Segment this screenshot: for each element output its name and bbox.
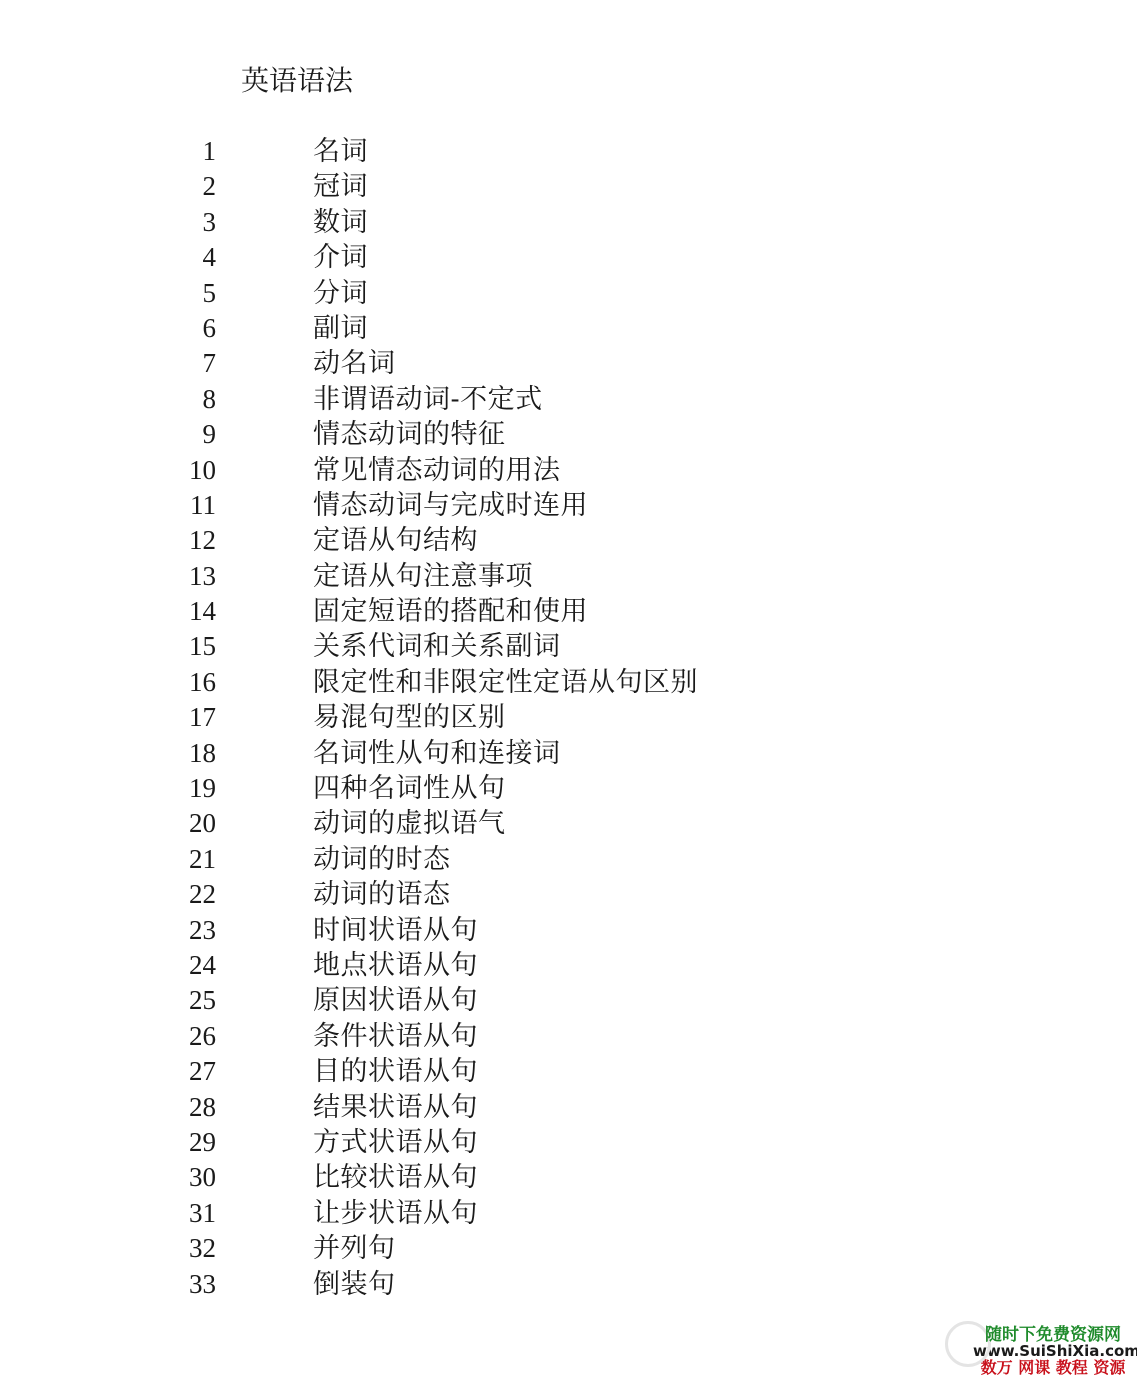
toc-item-text: 目的状语从句 — [313, 1054, 478, 1089]
toc-item: 5分词 — [180, 276, 880, 311]
toc-item-text: 动词的虚拟语气 — [313, 806, 506, 841]
toc-item-number: 26 — [180, 1019, 216, 1054]
toc-item-text: 四种名词性从句 — [313, 771, 506, 806]
toc-item-number: 20 — [180, 806, 216, 841]
toc-item-number: 19 — [180, 771, 216, 806]
toc-item: 28结果状语从句 — [180, 1090, 880, 1125]
toc-item: 32并列句 — [180, 1231, 880, 1266]
toc-item-number: 13 — [180, 559, 216, 594]
toc-item: 14固定短语的搭配和使用 — [180, 594, 880, 629]
toc-item-text: 比较状语从句 — [313, 1160, 478, 1195]
toc-item-number: 6 — [180, 311, 216, 346]
toc-item-text: 条件状语从句 — [313, 1019, 478, 1054]
toc-item-text: 动词的语态 — [313, 877, 451, 912]
toc-item: 11情态动词与完成时连用 — [180, 488, 880, 523]
toc-item-text: 方式状语从句 — [313, 1125, 478, 1160]
toc-item-text: 倒装句 — [313, 1267, 396, 1302]
toc-item: 29方式状语从句 — [180, 1125, 880, 1160]
toc-item-number: 30 — [180, 1160, 216, 1195]
toc-item: 17易混句型的区别 — [180, 700, 880, 735]
toc-item: 19四种名词性从句 — [180, 771, 880, 806]
toc-item-number: 4 — [180, 240, 216, 275]
toc-item: 33倒装句 — [180, 1267, 880, 1302]
toc-item-number: 18 — [180, 736, 216, 771]
toc-item-text: 原因状语从句 — [313, 983, 478, 1018]
toc-item-number: 1 — [180, 134, 216, 169]
toc-item: 30比较状语从句 — [180, 1160, 880, 1195]
toc-item-number: 2 — [180, 169, 216, 204]
toc-item: 12定语从句结构 — [180, 523, 880, 558]
toc-item-number: 8 — [180, 382, 216, 417]
toc-item: 20动词的虚拟语气 — [180, 806, 880, 841]
toc-item-number: 14 — [180, 594, 216, 629]
table-of-contents: 1名词2冠词3数词4介词5分词6副词7动名词8非谓语动词-不定式9情态动词的特征… — [180, 134, 880, 1302]
toc-item-number: 33 — [180, 1267, 216, 1302]
toc-item: 1名词 — [180, 134, 880, 169]
toc-item: 21动词的时态 — [180, 842, 880, 877]
toc-item-number: 28 — [180, 1090, 216, 1125]
toc-item-number: 5 — [180, 276, 216, 311]
toc-item-number: 31 — [180, 1196, 216, 1231]
toc-item: 6副词 — [180, 311, 880, 346]
toc-item-number: 27 — [180, 1054, 216, 1089]
toc-item-text: 名词 — [313, 134, 368, 169]
toc-item-text: 时间状语从句 — [313, 913, 478, 948]
toc-item-text: 情态动词的特征 — [313, 417, 506, 452]
toc-item: 13定语从句注意事项 — [180, 559, 880, 594]
toc-item: 7动名词 — [180, 346, 880, 381]
toc-item: 22动词的语态 — [180, 877, 880, 912]
toc-item-text: 动词的时态 — [313, 842, 451, 877]
toc-item-number: 11 — [180, 488, 216, 523]
toc-item-text: 固定短语的搭配和使用 — [313, 594, 588, 629]
toc-item-number: 16 — [180, 665, 216, 700]
toc-item-text: 限定性和非限定性定语从句区别 — [313, 665, 698, 700]
watermark-tagline: 数万 网课 教程 资源 — [973, 1360, 1133, 1377]
toc-item-text: 易混句型的区别 — [313, 700, 506, 735]
toc-item-number: 9 — [180, 417, 216, 452]
toc-item-text: 并列句 — [313, 1231, 396, 1266]
toc-item-text: 让步状语从句 — [313, 1196, 478, 1231]
toc-item: 23时间状语从句 — [180, 913, 880, 948]
toc-item-text: 情态动词与完成时连用 — [313, 488, 588, 523]
toc-item: 4介词 — [180, 240, 880, 275]
toc-item-number: 21 — [180, 842, 216, 877]
toc-item-text: 冠词 — [313, 169, 368, 204]
toc-item: 18名词性从句和连接词 — [180, 736, 880, 771]
toc-item-text: 结果状语从句 — [313, 1090, 478, 1125]
toc-item-number: 15 — [180, 629, 216, 664]
toc-item-number: 29 — [180, 1125, 216, 1160]
toc-item-text: 地点状语从句 — [313, 948, 478, 983]
watermark: 随时下免费资源网 www.SuiShiXia.com 数万 网课 教程 资源 — [973, 1327, 1133, 1377]
toc-item-text: 名词性从句和连接词 — [313, 736, 561, 771]
toc-item: 16限定性和非限定性定语从句区别 — [180, 665, 880, 700]
toc-item: 27目的状语从句 — [180, 1054, 880, 1089]
toc-item-text: 常见情态动词的用法 — [313, 453, 561, 488]
toc-item-text: 关系代词和关系副词 — [313, 629, 561, 664]
toc-item-number: 3 — [180, 205, 216, 240]
document-title: 英语语法 — [241, 62, 353, 100]
toc-item: 31让步状语从句 — [180, 1196, 880, 1231]
toc-item: 10常见情态动词的用法 — [180, 453, 880, 488]
toc-item-number: 7 — [180, 346, 216, 381]
toc-item-number: 12 — [180, 523, 216, 558]
toc-item-number: 23 — [180, 913, 216, 948]
toc-item-number: 25 — [180, 983, 216, 1018]
toc-item-text: 分词 — [313, 276, 368, 311]
toc-item-number: 10 — [180, 453, 216, 488]
toc-item: 26条件状语从句 — [180, 1019, 880, 1054]
toc-item-number: 17 — [180, 700, 216, 735]
toc-item: 9情态动词的特征 — [180, 417, 880, 452]
toc-item-text: 动名词 — [313, 346, 396, 381]
toc-item-text: 定语从句注意事项 — [313, 559, 533, 594]
watermark-site-name: 随时下免费资源网 — [973, 1327, 1133, 1345]
toc-item-text: 非谓语动词-不定式 — [313, 382, 543, 417]
toc-item-text: 介词 — [313, 240, 368, 275]
toc-item: 8非谓语动词-不定式 — [180, 382, 880, 417]
toc-item-number: 22 — [180, 877, 216, 912]
toc-item: 25原因状语从句 — [180, 983, 880, 1018]
toc-item: 24地点状语从句 — [180, 948, 880, 983]
toc-item-text: 副词 — [313, 311, 368, 346]
toc-item-number: 32 — [180, 1231, 216, 1266]
toc-item-number: 24 — [180, 948, 216, 983]
toc-item: 3数词 — [180, 205, 880, 240]
toc-item: 15关系代词和关系副词 — [180, 629, 880, 664]
toc-item-text: 定语从句结构 — [313, 523, 478, 558]
toc-item: 2冠词 — [180, 169, 880, 204]
toc-item-text: 数词 — [313, 205, 368, 240]
